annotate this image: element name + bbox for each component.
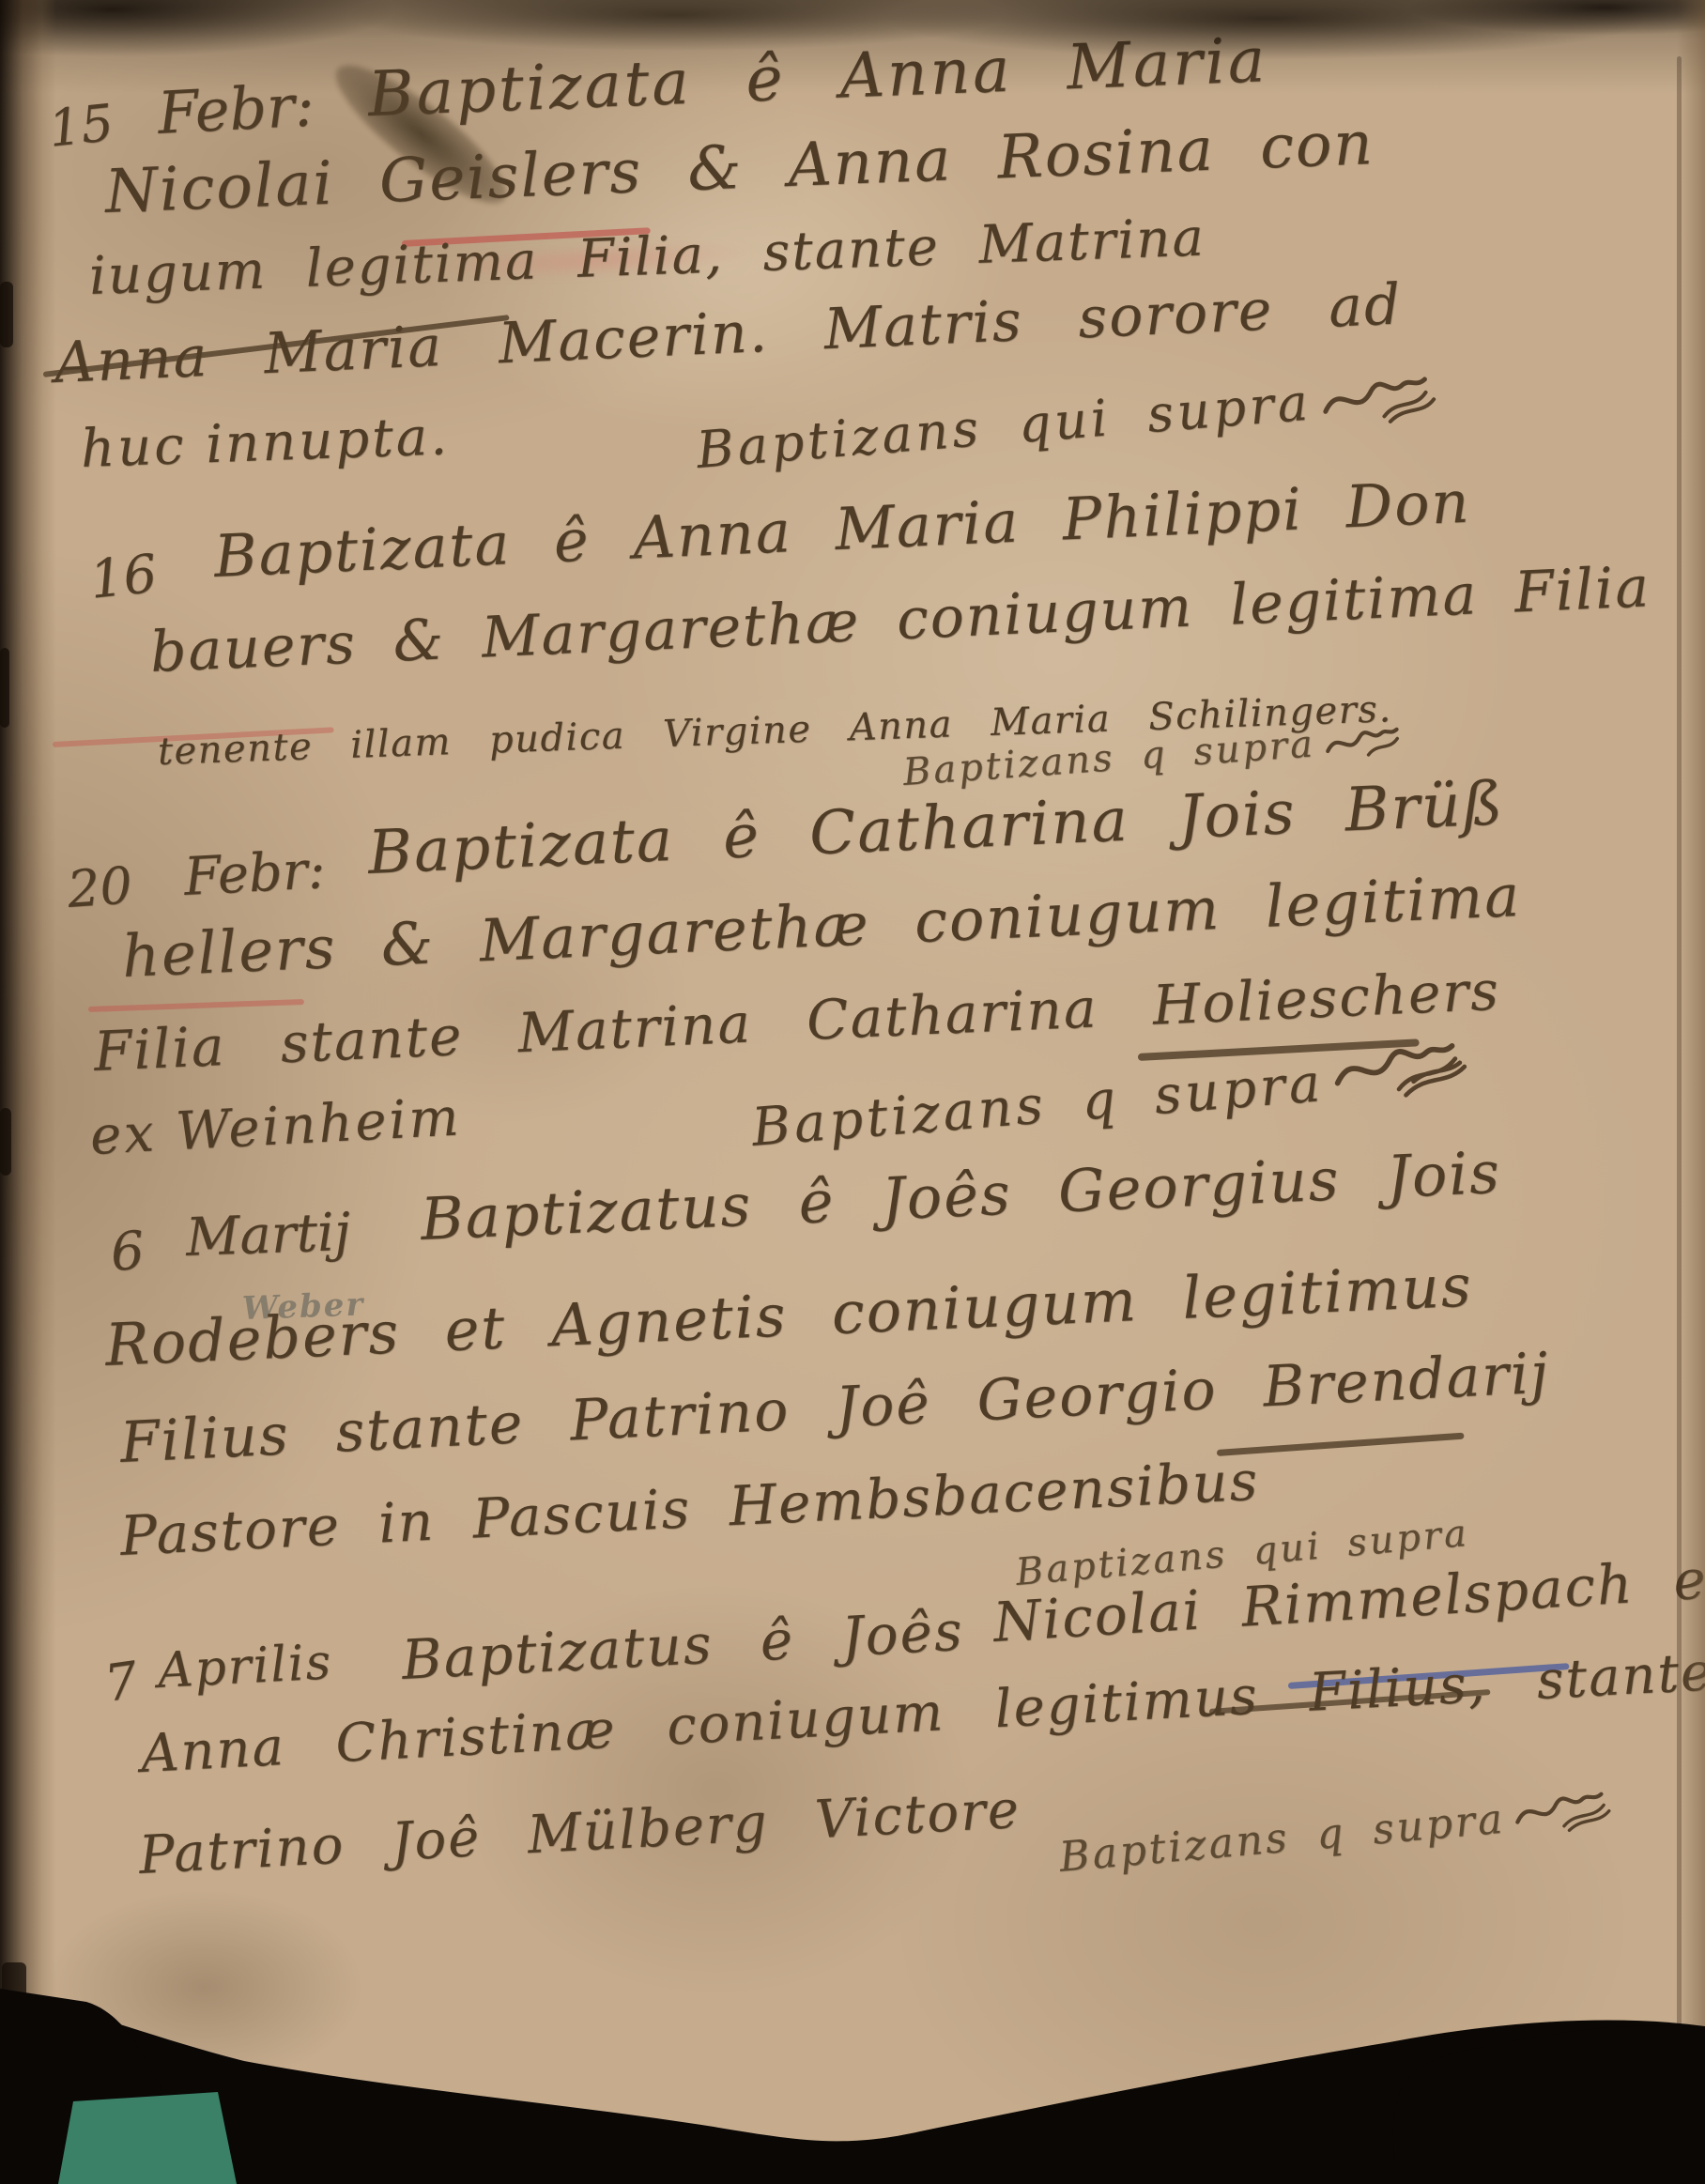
edge-notch (0, 282, 13, 347)
signature-flourish-icon (1323, 717, 1410, 764)
edge-notch (0, 648, 9, 728)
entry-4-day: 6 (109, 1221, 146, 1284)
signature-flourish-icon (1329, 1020, 1475, 1113)
entry-5-month: Aprilis (156, 1634, 333, 1700)
entry-1-day: 15 (46, 93, 116, 159)
entry-3-month: Febr: (182, 839, 327, 908)
signature-flourish-icon (1512, 1776, 1620, 1841)
entry-2-day: 16 (87, 544, 161, 611)
signature-flourish-icon (1318, 363, 1444, 431)
entry-3-day: 20 (66, 855, 134, 919)
entry-1-line-5: huc innupta. (80, 406, 451, 480)
entry-4-month: Martij (185, 1202, 351, 1269)
page-edge-crease (1677, 56, 1682, 2066)
manuscript-scan: 15 Febr: Baptizata ê Anna Maria Nicolai … (0, 0, 1705, 2184)
entry-1-month: Febr: (156, 70, 315, 147)
edge-notch (0, 1108, 11, 1176)
cloth-green-patch (58, 2092, 237, 2184)
backdrop-bottom (0, 1972, 1705, 2184)
